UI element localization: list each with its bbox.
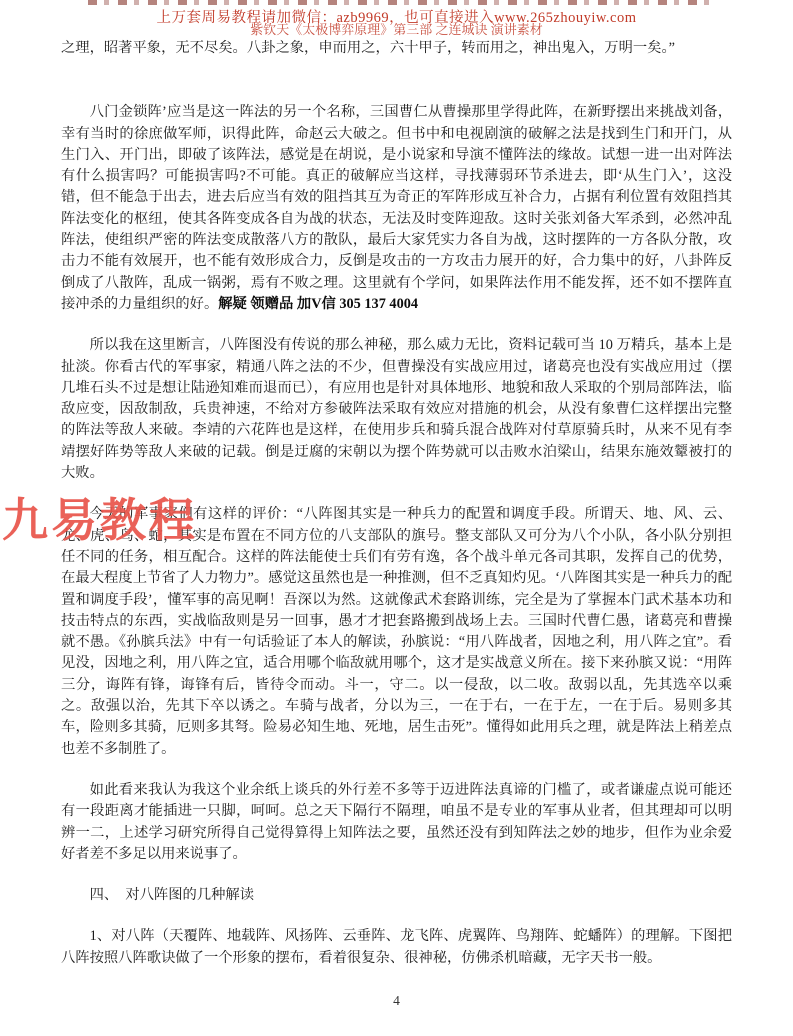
- section-heading-four: 四、 对八阵图的几种解读: [61, 885, 732, 906]
- continuation-line: 之理，昭著平象，无不尽矣。八卦之象，申而用之，六十甲子，转而用之，神出鬼入，万明…: [61, 38, 732, 59]
- paragraph-bazhen-lijie: 1、对八阵（天覆阵、地载阵、风扬阵、云垂阵、龙飞阵、虎翼阵、鸟翔阵、蛇蟠阵）的理…: [61, 926, 732, 969]
- paragraph-duanyan: 所以我在这里断言，八阵图没有传说的那么神秘，那么威力无比，资料记载可当 10 万…: [61, 335, 732, 484]
- page-number: 4: [0, 993, 793, 1009]
- document-page: 上万套周易教程请加微信：azb9969，也可直接进入www.265zhouyiw…: [0, 0, 793, 1036]
- header-source-line: 紫钦天《太极博弈原理》第三部 之连城诀 演讲素材: [0, 19, 793, 38]
- paragraph-yeyu-aihaozhe: 如此看来我认为我这个业余纸上谈兵的外行差不多等于迈进阵法真谛的门槛了，或者谦虚点…: [61, 780, 732, 865]
- inline-ad-contact: 解疑 领赠品 加V信 305 137 4004: [218, 296, 418, 312]
- paragraph-bamen-jinsuo: 八门金锁阵’应当是这一阵法的另一个名称，三国曹仁从曹操那里学得此阵，在新野摆出来…: [61, 102, 732, 315]
- document-body: 之理，昭著平象，无不尽矣。八卦之象，申而用之，六十甲子，转而用之，神出鬼入，万明…: [61, 38, 732, 989]
- paragraph-text: 八门金锁阵’应当是这一阵法的另一个名称，三国曹仁从曹操那里学得此阵，在新野摆出来…: [61, 104, 732, 312]
- clipped-header-text: [88, 0, 710, 5]
- paragraph-junshijia-pingjia: 今天的军事家们有这样的评价：“八阵图其实是一种兵力的配置和调度手段。所谓天、地、…: [61, 504, 732, 760]
